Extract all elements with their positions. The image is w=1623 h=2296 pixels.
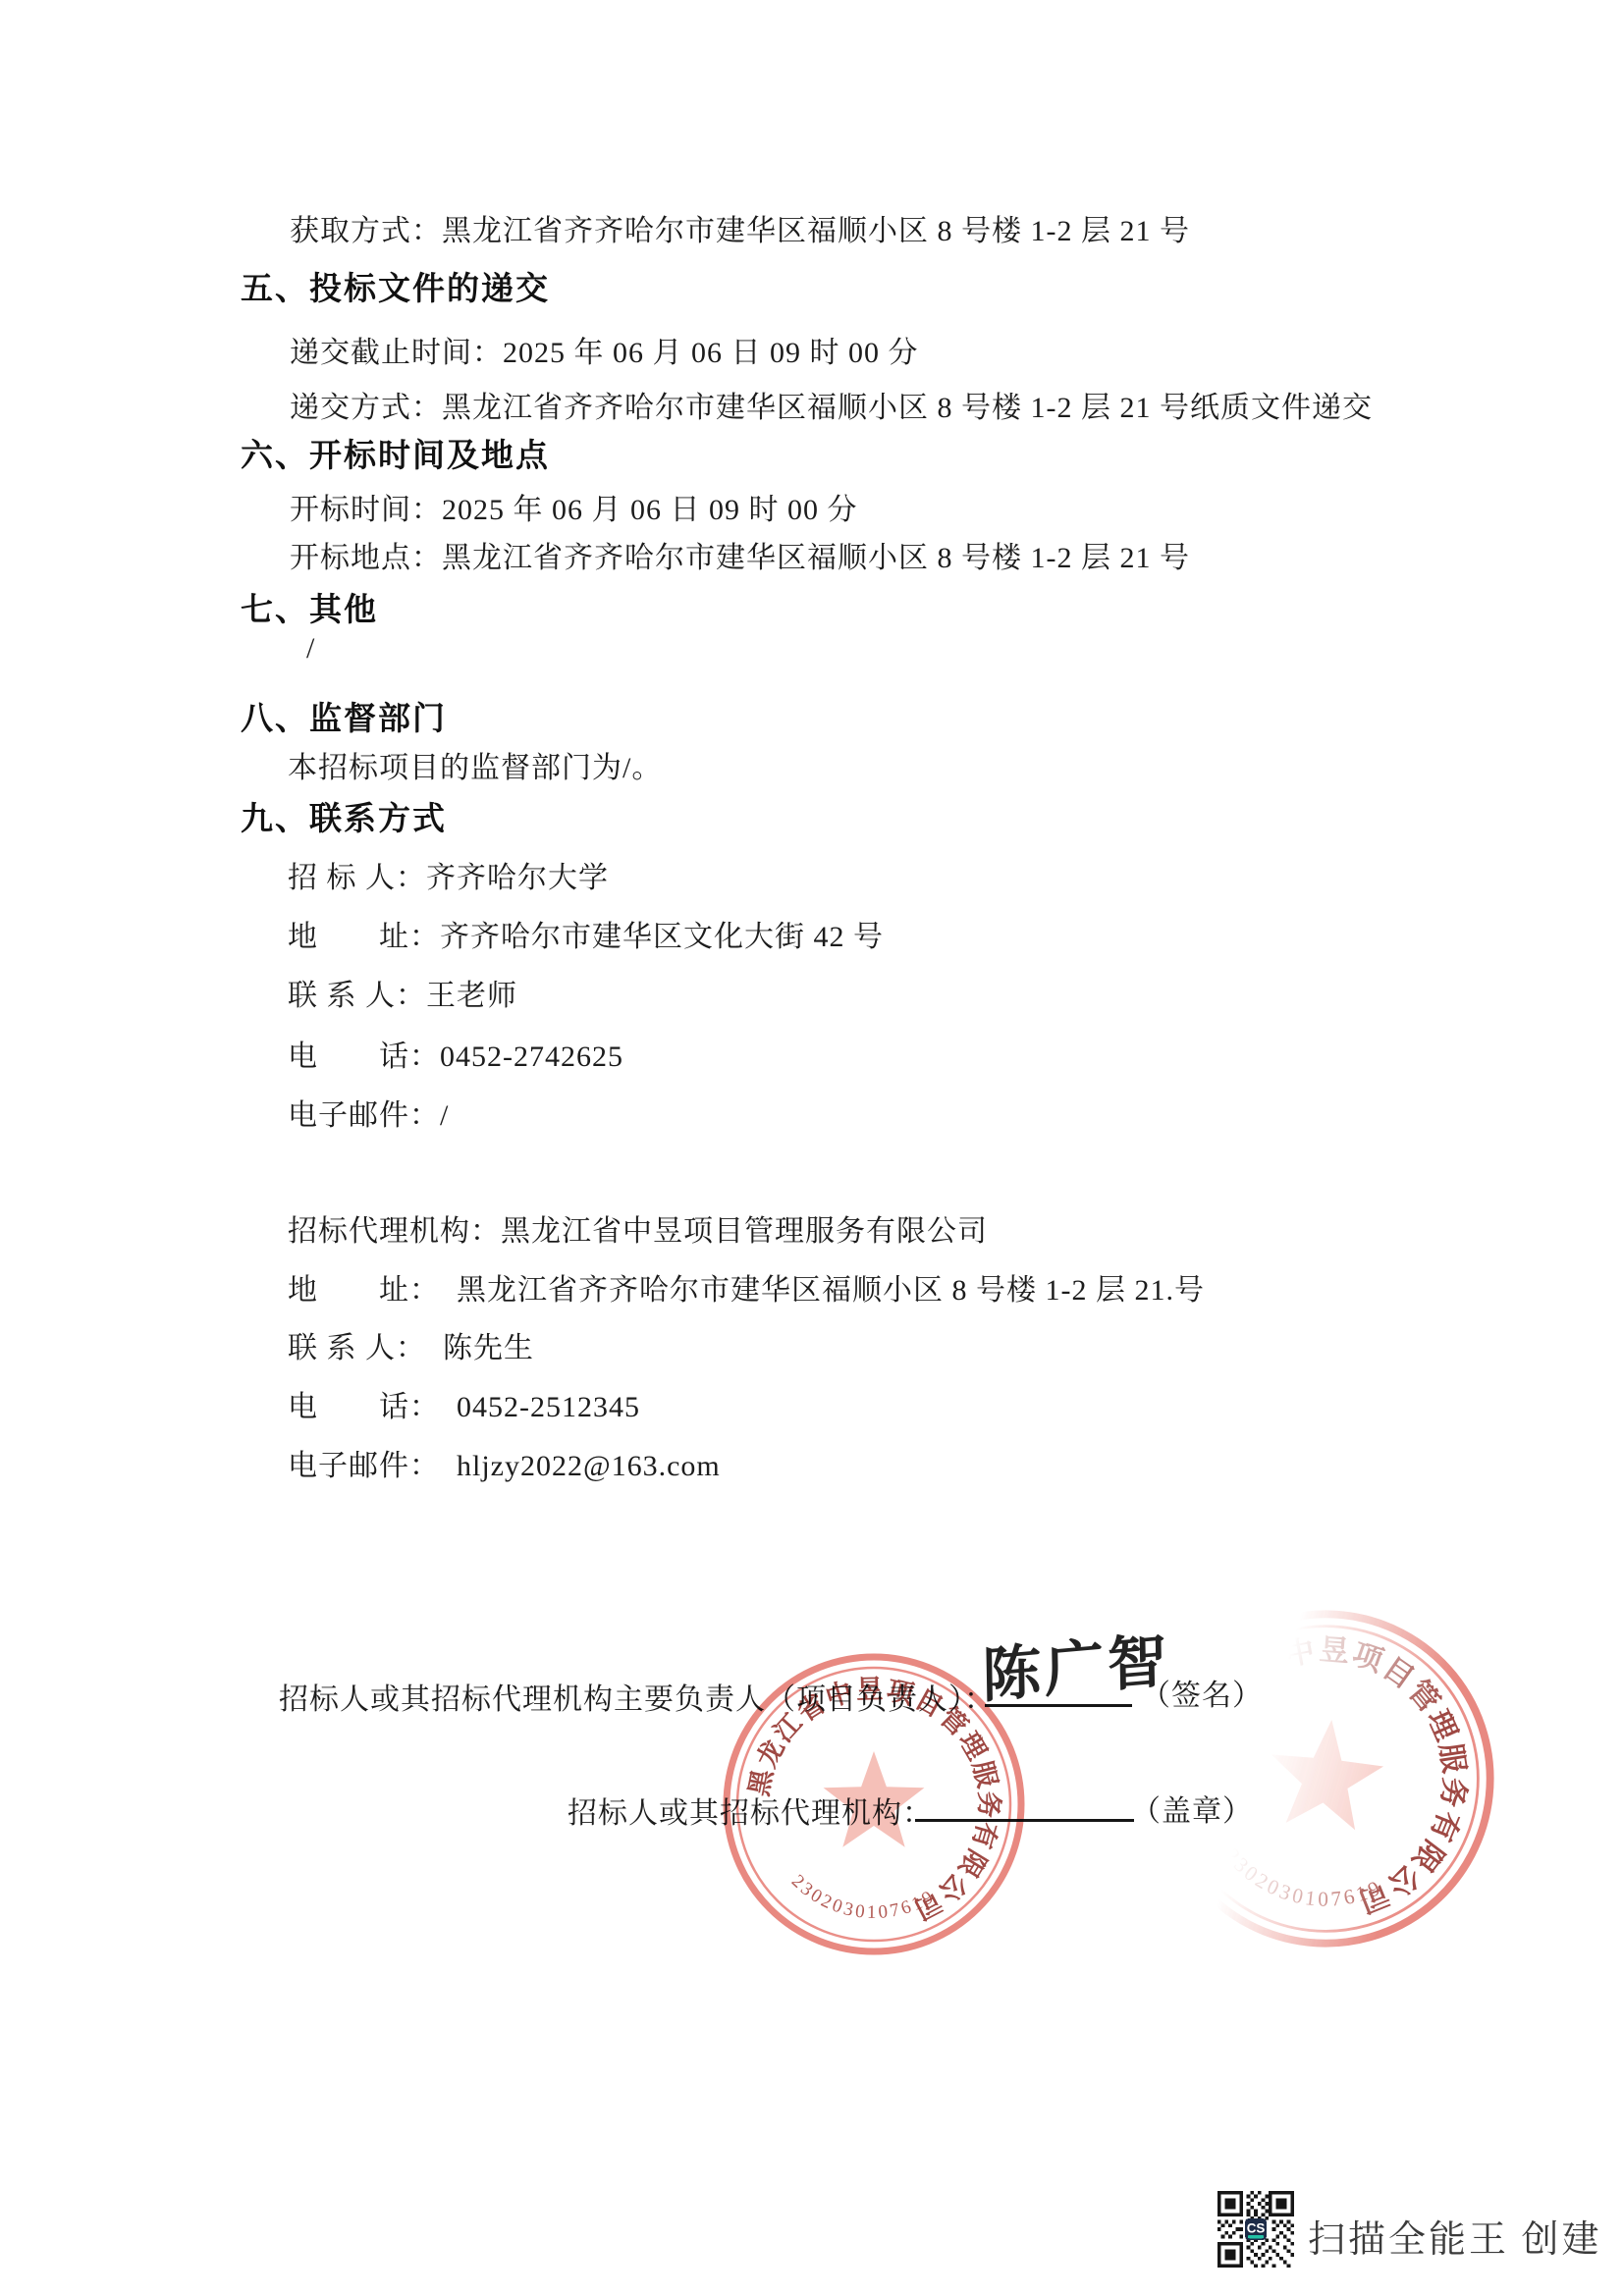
seal-suffix-label: （盖章） xyxy=(1131,1787,1253,1830)
agency-email-line: 电子邮件： hljzy2022@163.com xyxy=(288,1441,721,1484)
agency-phone-line: 电 话： 0452-2512345 xyxy=(288,1382,640,1425)
section9-title: 九、联系方式 xyxy=(241,793,447,839)
company-seal-stamp-partial: 黑龙江省中昱项目管理服务有限公司 2302030107619 xyxy=(1120,1574,1531,1984)
tenderer-name-line: 招 标 人：齐齐哈尔大学 xyxy=(288,853,609,896)
tenderer-address-line: 地 址：齐齐哈尔市建华区文化大街 42 号 xyxy=(288,912,884,955)
tenderer-contact-line: 联 系 人：王老师 xyxy=(288,971,517,1014)
submission-deadline-line: 递交截止时间：2025 年 06 月 06 日 09 时 00 分 xyxy=(290,328,919,371)
section5-title: 五、投标文件的递交 xyxy=(241,263,550,309)
section8-title: 八、监督部门 xyxy=(241,693,447,739)
star-icon xyxy=(1265,1714,1388,1833)
bid-opening-place-line: 开标地点：黑龙江省齐齐哈尔市建华区福顺小区 8 号楼 1-2 层 21 号 xyxy=(290,533,1190,576)
svg-text:黑龙江省中昱项目管理服务有限公司: 黑龙江省中昱项目管理服务有限公司 xyxy=(1166,1619,1485,1929)
company-seal-graphic-partial: 黑龙江省中昱项目管理服务有限公司 2302030107619 xyxy=(1120,1574,1531,1984)
section7-title: 七、其他 xyxy=(241,584,378,630)
tenderer-email-line: 电子邮件：/ xyxy=(288,1091,449,1134)
org-seal-line xyxy=(915,1819,1134,1822)
agency-name-line: 招标代理机构：黑龙江省中昱项目管理服务有限公司 xyxy=(288,1206,988,1250)
principal-signature-label: 招标人或其招标代理机构主要负责人（项目负责人）： xyxy=(279,1675,995,1718)
seal-company-text: 黑龙江省中昱项目管理服务有限公司 xyxy=(1166,1619,1485,1929)
section7-body: / xyxy=(306,632,315,666)
section8-body: 本招标项目的监督部门为/。 xyxy=(288,743,662,786)
svg-text:2302030107619: 2302030107619 xyxy=(1216,1842,1390,1917)
submission-method-line: 递交方式：黑龙江省齐齐哈尔市建华区福顺小区 8 号楼 1-2 层 21 号纸质文… xyxy=(290,383,1373,426)
qr-code-graphic: CS xyxy=(1217,2191,1294,2268)
seal-serial-number: 2302030107619 xyxy=(787,1871,940,1923)
handwritten-signature: 陈广智 xyxy=(982,1614,1171,1715)
svg-text:CS: CS xyxy=(1247,2220,1266,2235)
camscanner-watermark-label: 扫描全能王 创建 xyxy=(1308,2209,1602,2263)
agency-contact-line: 联 系 人： 陈先生 xyxy=(288,1323,534,1366)
camscanner-qr-code: CS xyxy=(1217,2191,1294,2268)
tenderer-phone-line: 电 话：0452-2742625 xyxy=(288,1032,623,1075)
org-seal-label: 招标人或其招标代理机构： xyxy=(568,1789,933,1832)
seal-serial-number: 2302030107619 xyxy=(1216,1842,1390,1917)
section6-title: 六、开标时间及地点 xyxy=(241,430,550,476)
acquisition-line: 获取方式：黑龙江省齐齐哈尔市建华区福顺小区 8 号楼 1-2 层 21 号 xyxy=(290,206,1190,249)
scanned-tender-document-page: 获取方式：黑龙江省齐齐哈尔市建华区福顺小区 8 号楼 1-2 层 21 号 五、… xyxy=(0,0,1623,2296)
agency-address-line: 地 址： 黑龙江省齐齐哈尔市建华区福顺小区 8 号楼 1-2 层 21.号 xyxy=(288,1265,1205,1308)
svg-text:2302030107619: 2302030107619 xyxy=(787,1871,940,1923)
bid-opening-time-line: 开标时间：2025 年 06 月 06 日 09 时 00 分 xyxy=(290,485,858,528)
camscanner-cs-logo-icon: CS xyxy=(1245,2218,1267,2240)
